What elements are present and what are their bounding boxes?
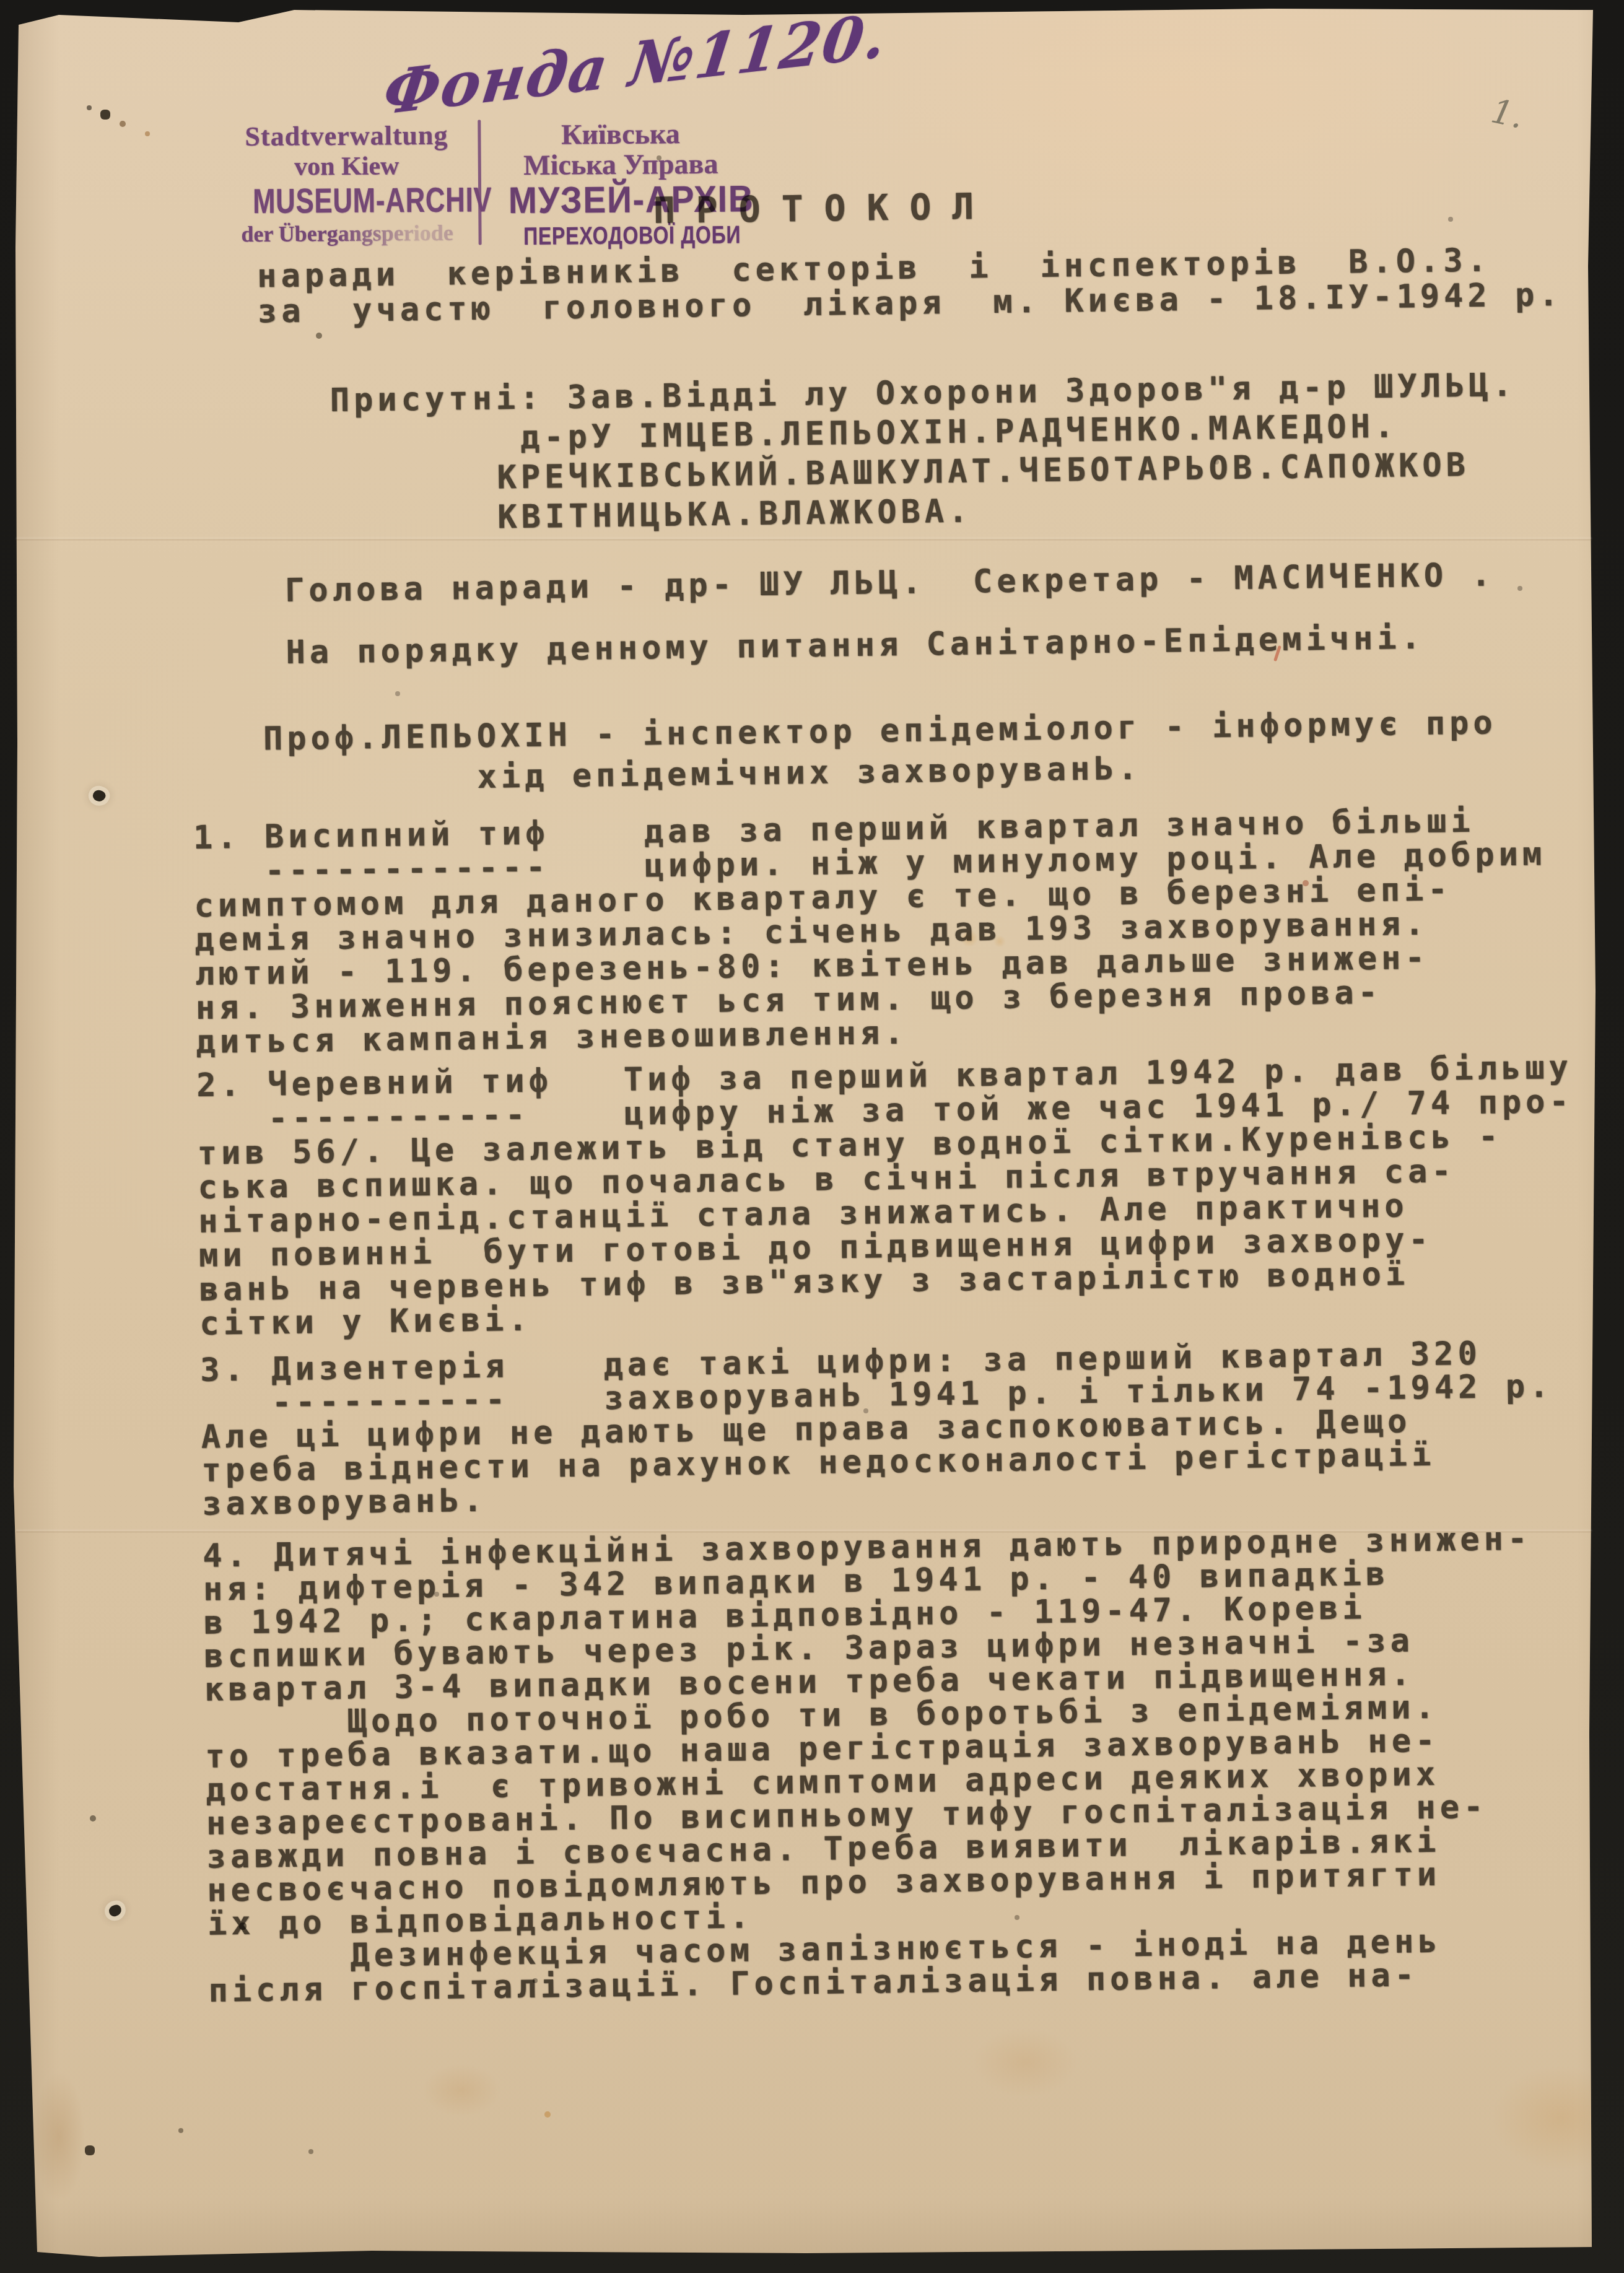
attendees-block: Присутні: Зав.Відді лу Охорони Здоров"я … bbox=[187, 365, 1517, 541]
item-3-dysentery: 3. Дизентерія дає такі цифри: за перший … bbox=[200, 1336, 1555, 1521]
speaker-intro-block: Проф.ЛЕПЬОХІН - інспектор епідеміолог - … bbox=[192, 702, 1498, 801]
agenda-line: На порядку денному питання Санітарно-Епі… bbox=[191, 621, 1425, 671]
document-title: ПРОТОКОЛ bbox=[653, 185, 995, 232]
typed-document: ПРОТОКОЛ наради керівників секторів і ін… bbox=[0, 0, 1624, 2273]
item-4-child-infections: 4. Дитячі інфекційні захворування дають … bbox=[203, 1522, 1537, 2008]
chair-secretary-line: Голова наради - др- ШУ ЛЬЦ. Секретар - М… bbox=[190, 557, 1495, 609]
item-1-typhus-exanthematicus: 1. Висипний тиф дав за перший квартал зн… bbox=[193, 803, 1548, 1060]
meeting-subject-block: наради керівників секторів і інспекторів… bbox=[186, 242, 1563, 331]
item-2-typhoid-fever: 2. Черевний тиф Тиф за перший квартал 19… bbox=[196, 1051, 1576, 1342]
scanned-page: 1. Фонда №1120. Stadtverwaltung von Kiew… bbox=[0, 0, 1624, 2273]
